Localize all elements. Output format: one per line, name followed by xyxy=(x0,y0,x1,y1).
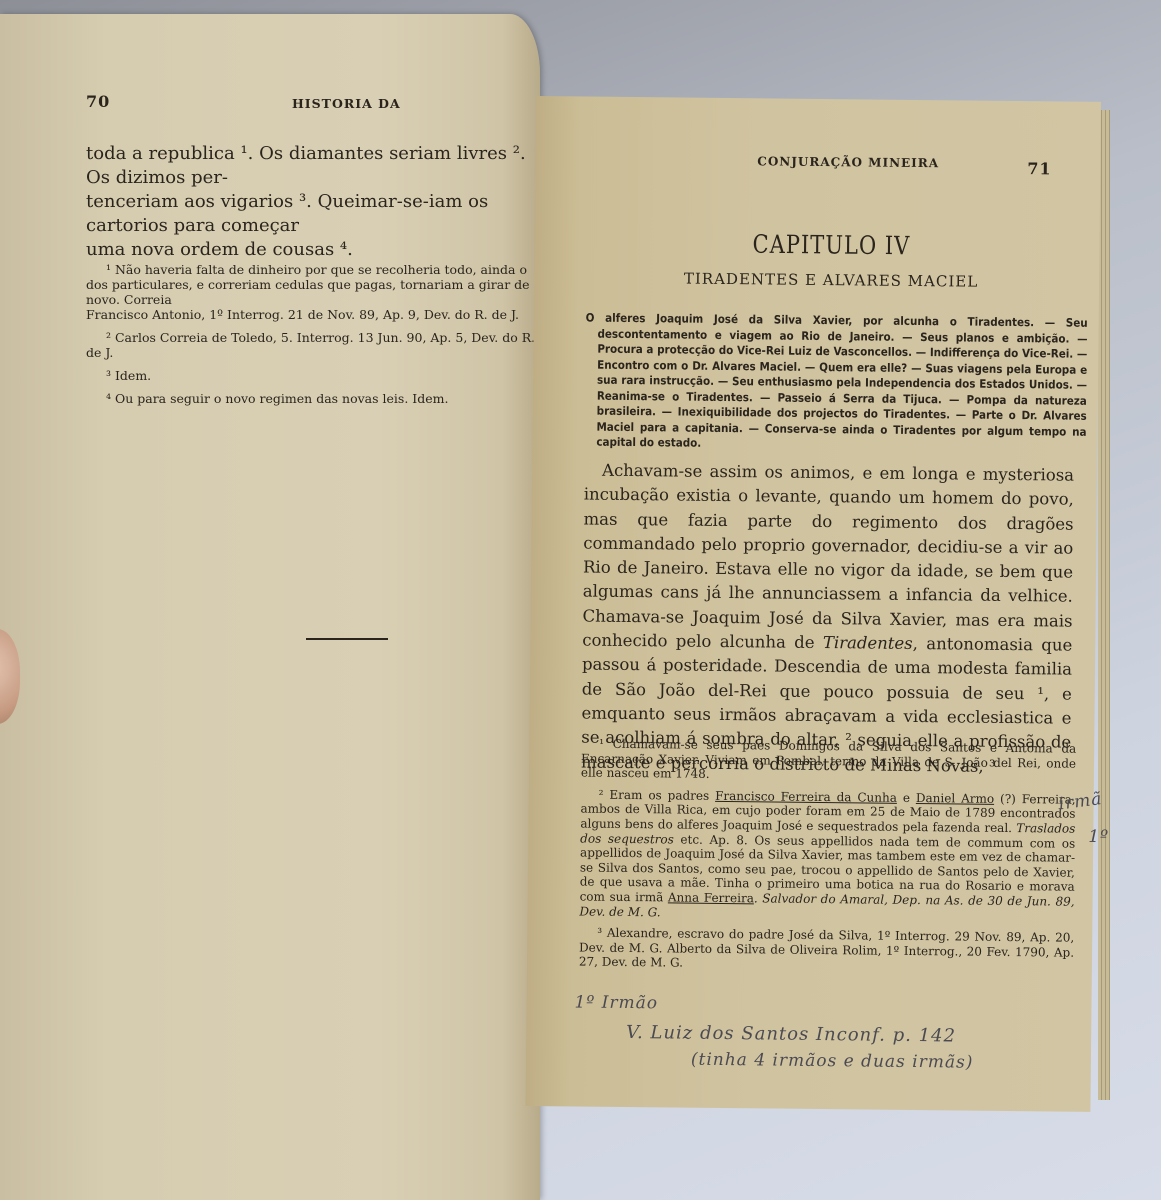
footnote-3: ³ Idem. xyxy=(86,368,536,383)
handwritten-note-line-2: V. Luiz dos Santos Inconf. p. 142 xyxy=(626,1022,956,1046)
handwritten-note-line-3: (tinha 4 irmãos e duas irmãs) xyxy=(691,1050,974,1073)
left-page: 70 HISTORIA DA toda a republica ¹. Os di… xyxy=(0,14,540,1200)
footnote-1: ¹ Chamavam-se seus paes Domingos da Silv… xyxy=(581,737,1076,786)
chapter-subtitle: TIRADENTES E ALVARES MACIEL xyxy=(586,269,1076,292)
page-edges xyxy=(1098,110,1110,1100)
body-line: tenceriam aos vigarios ³. Queimar-se-iam… xyxy=(86,190,536,238)
chapter-title: CAPITULO IV xyxy=(586,228,1076,262)
handwritten-margin-note: 1º xyxy=(1088,827,1109,847)
underlined-name: Anna Ferreira xyxy=(668,890,754,905)
left-body-text: toda a republica ¹. Os diamantes seriam … xyxy=(86,142,536,262)
left-running-head: HISTORIA DA xyxy=(292,96,401,111)
underlined-name: Francisco Ferreira da Cunha xyxy=(715,789,897,805)
body-line: uma nova ordem de cousas ⁴. xyxy=(86,238,536,262)
underlined-name: Daniel Armo xyxy=(916,791,994,806)
thumb-holding-page xyxy=(0,629,20,724)
right-page: CONJURAÇÃO MINEIRA 71 CAPITULO IV TIRADE… xyxy=(525,96,1101,1112)
right-footnotes: ¹ Chamavam-se seus paes Domingos da Silv… xyxy=(579,737,1076,982)
footnote-3: ³ Alexandre, escravo do padre José da Si… xyxy=(579,926,1074,975)
section-separator-rule xyxy=(306,638,388,640)
left-page-number: 70 xyxy=(86,92,110,111)
handwritten-margin-note: irmã xyxy=(1058,789,1104,814)
left-footnotes: ¹ Não haveria falta de dinheiro por que … xyxy=(86,262,536,414)
chapter-summary: O alferes Joaquim José da Silva Xavier, … xyxy=(584,311,1087,456)
main-body-text: Achavam-se assim os animos, e em longa e… xyxy=(581,459,1074,780)
footnote-2: ² Eram os padres Francisco Ferreira da C… xyxy=(579,787,1075,924)
body-line: toda a republica ¹. Os diamantes seriam … xyxy=(86,142,536,190)
footnote-1: ¹ Não haveria falta de dinheiro por que … xyxy=(86,262,536,322)
footnote-4: ⁴ Ou para seguir o novo regimen das nova… xyxy=(86,391,536,406)
handwritten-note-line-1: 1º Irmão xyxy=(574,992,658,1013)
right-running-head: CONJURAÇÃO MINEIRA xyxy=(757,154,939,170)
footnote-2: ² Carlos Correia de Toledo, 5. Interrog.… xyxy=(86,330,536,360)
right-page-number: 71 xyxy=(1027,159,1051,178)
